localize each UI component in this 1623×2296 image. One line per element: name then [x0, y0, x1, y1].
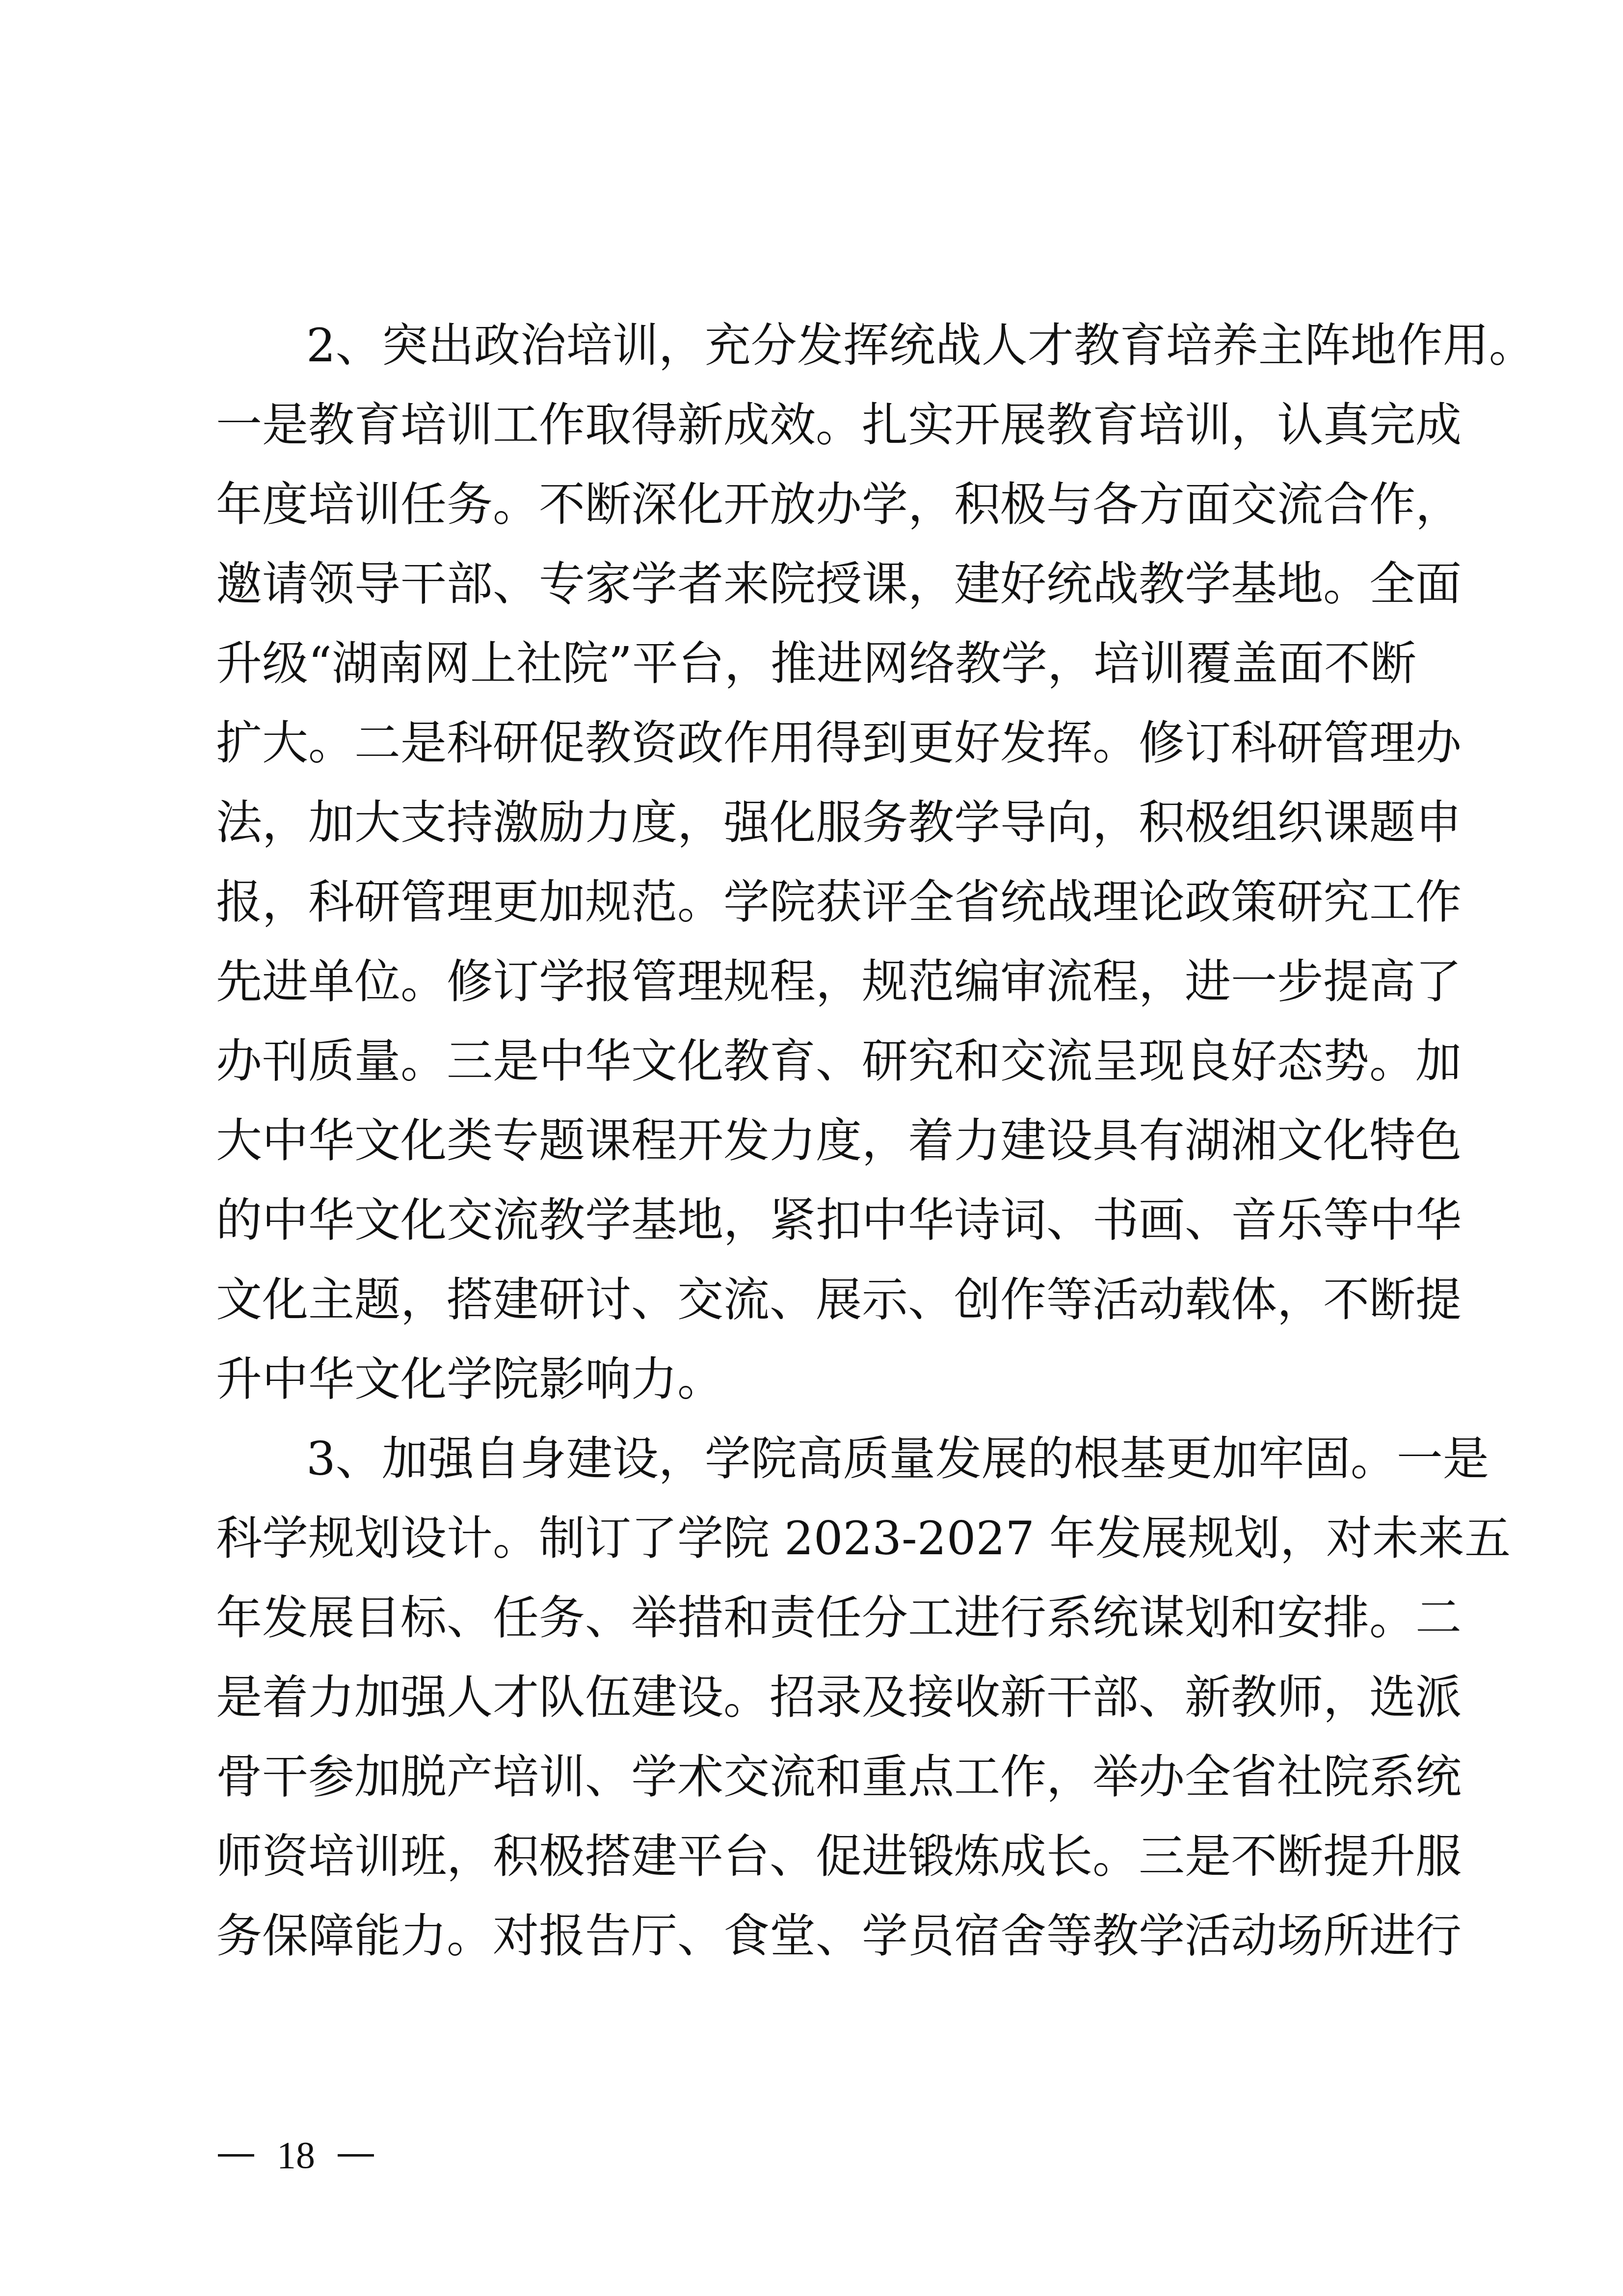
text-line: 先进单位。修订学报管理规程，规范编审流程，进一步提高了	[216, 943, 1413, 1022]
text-line: 的中华文化交流教学基地，紧扣中华诗词、书画、音乐等中华	[216, 1181, 1413, 1261]
text-line: 3、加强自身建设，学院高质量发展的根基更加牢固。一是	[216, 1420, 1413, 1499]
text-line: 邀请领导干部、专家学者来院授课，建好统战教学基地。全面	[216, 545, 1413, 624]
text-line: 报，科研管理更加规范。学院获评全省统战理论政策研究工作	[216, 863, 1413, 943]
dash-right	[338, 2154, 374, 2157]
document-page: 2、突出政治培训，充分发挥统战人才教育培养主阵地作用。 一是教育培训工作取得新成…	[0, 0, 1623, 2296]
text-line: 是着力加强人才队伍建设。招录及接收新干部、新教师，选派	[216, 1658, 1413, 1738]
text-line: 务保障能力。对报告厅、食堂、学员宿舍等教学活动场所进行	[216, 1897, 1413, 1976]
page-number-value: 18	[277, 2131, 315, 2180]
page-number: 18	[218, 2131, 374, 2180]
text-line: 法，加大支持激励力度，强化服务教学导向，积极组织课题申	[216, 783, 1413, 863]
text-line: 骨干参加脱产培训、学术交流和重点工作，举办全省社院系统	[216, 1738, 1413, 1817]
text-line: 升级“湖南网上社院”平台，推进网络教学，培训覆盖面不断	[216, 624, 1413, 704]
text-line: 一是教育培训工作取得新成效。扎实开展教育培训，认真完成	[216, 386, 1413, 465]
paragraph-section-2: 2、突出政治培训，充分发挥统战人才教育培养主阵地作用。 一是教育培训工作取得新成…	[216, 306, 1413, 1420]
text-line: 升中华文化学院影响力。	[216, 1340, 1413, 1420]
text-line: 科学规划设计。制订了学院 2023-2027 年发展规划，对未来五	[216, 1499, 1413, 1579]
dash-left	[218, 2154, 254, 2157]
text-line: 办刊质量。三是中华文化教育、研究和交流呈现良好态势。加	[216, 1022, 1413, 1102]
text-line: 年发展目标、任务、举措和责任分工进行系统谋划和安排。二	[216, 1579, 1413, 1658]
text-line: 2、突出政治培训，充分发挥统战人才教育培养主阵地作用。	[216, 306, 1413, 386]
body-text: 2、突出政治培训，充分发挥统战人才教育培养主阵地作用。 一是教育培训工作取得新成…	[216, 306, 1413, 1976]
text-line: 大中华文化类专题课程开发力度，着力建设具有湖湘文化特色	[216, 1102, 1413, 1181]
paragraph-section-3: 3、加强自身建设，学院高质量发展的根基更加牢固。一是 科学规划设计。制订了学院 …	[216, 1420, 1413, 1976]
text-line: 文化主题，搭建研讨、交流、展示、创作等活动载体，不断提	[216, 1261, 1413, 1340]
text-line: 年度培训任务。不断深化开放办学，积极与各方面交流合作，	[216, 465, 1413, 545]
text-line: 扩大。二是科研促教资政作用得到更好发挥。修订科研管理办	[216, 704, 1413, 783]
text-line: 师资培训班，积极搭建平台、促进锻炼成长。三是不断提升服	[216, 1817, 1413, 1897]
